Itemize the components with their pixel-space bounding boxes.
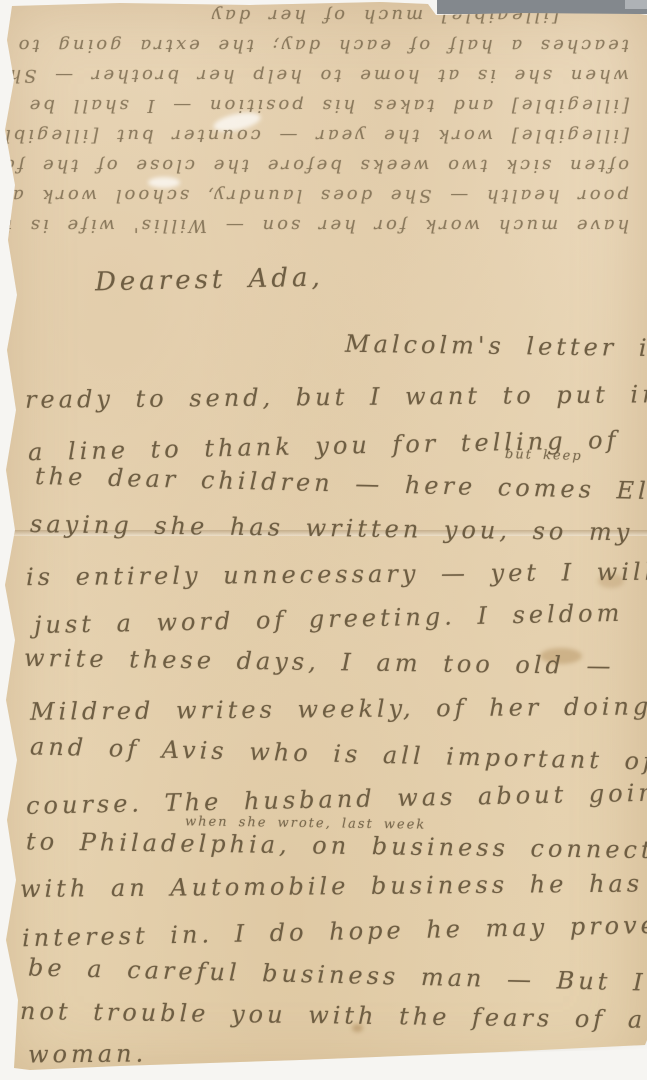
handwriting-line: be a careful business man — But I will — [28, 953, 647, 998]
handwriting-line: ready to send, but I want to put in — [25, 380, 647, 414]
handwriting-line: Mildred writes weekly, of her doings — [30, 692, 647, 726]
handwriting-line: course. The husband was about going — [26, 778, 647, 820]
inverted-handwriting-line: teaches a half of each day; the extra go… — [0, 30, 647, 60]
salutation: Dearest Ada, — [95, 263, 324, 298]
scanner-background-corner — [625, 0, 647, 9]
inverted-handwriting-line: [illegible] work the year — counter but … — [0, 120, 647, 150]
scanned-letter-page: have much work for her son — Willis' wif… — [0, 0, 647, 1080]
letter-paper: have much work for her son — Willis' wif… — [0, 0, 647, 1080]
inverted-handwriting-line: have much work for her son — Willis' wif… — [0, 210, 647, 245]
inverted-handwriting-line: poor health — She does laundry, school w… — [0, 180, 647, 210]
handwriting-line: the dear children — here comes Ella, — [35, 462, 647, 506]
interline-insertion: but keep — [505, 447, 583, 464]
handwriting-line: just a word of greeting. I seldom — [34, 599, 624, 639]
handwriting-line: with an Automobile business he has an — [20, 869, 647, 903]
inverted-handwriting-line: when she is at home to help her brother … — [0, 60, 647, 90]
inverted-continuation-block: have much work for her son — Willis' wif… — [0, 0, 647, 245]
scanner-background-band — [437, 0, 647, 14]
handwriting-line: not trouble you with the fears of an old — [20, 997, 647, 1035]
handwriting-line: saying she has written you, so my effort — [30, 510, 647, 548]
handwriting-line: interest in. I do hope he may prove to — [22, 910, 647, 952]
handwriting-line: write these days, I am too old — — [24, 644, 615, 680]
handwriting-line: and of Avis who is all important of — [30, 732, 647, 775]
inverted-handwriting-line: [illegible] and takes his position — I s… — [0, 90, 647, 120]
handwriting-line: woman. — [28, 1039, 147, 1068]
handwriting-line: Malcolm's letter is — [345, 330, 647, 362]
handwriting-line: to Philadelphia, on business connected — [26, 827, 647, 864]
inverted-handwriting-line: often sick two weeks before the close of… — [0, 150, 647, 180]
handwriting-line: is entirely unnecessary — yet I will sen… — [26, 557, 647, 591]
